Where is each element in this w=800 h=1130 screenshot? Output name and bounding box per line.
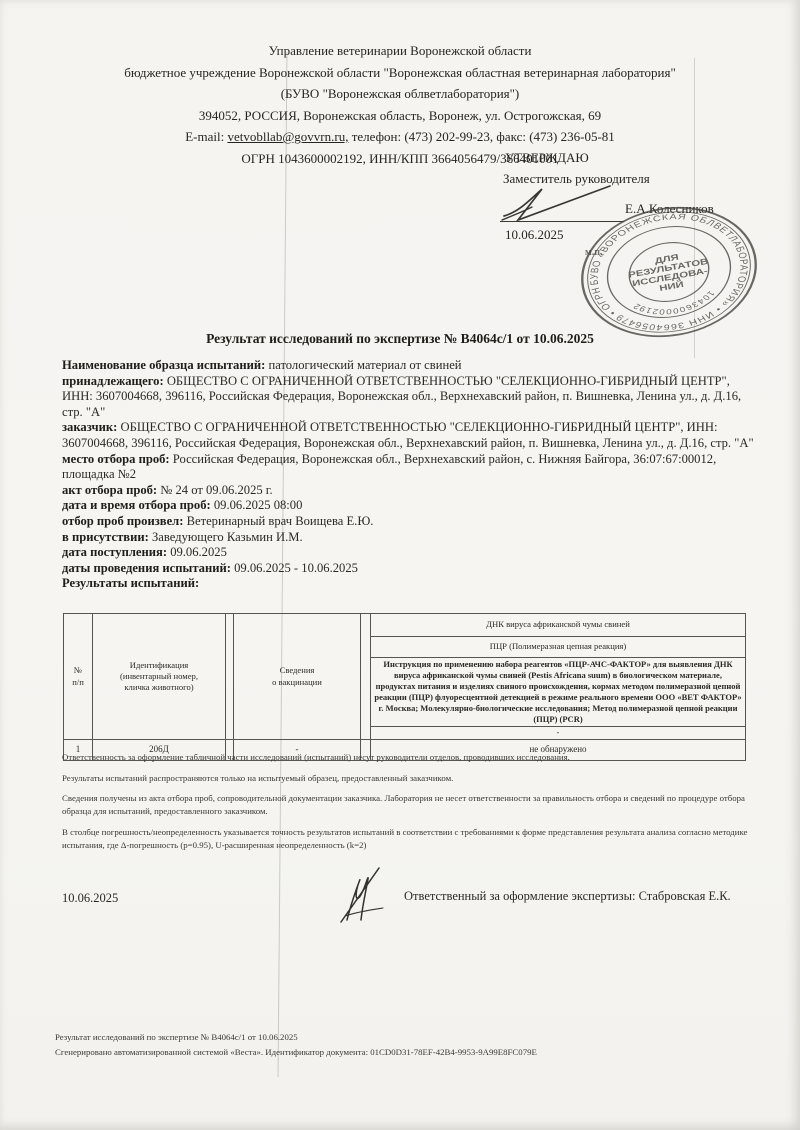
detail-receipt-date: дата поступления: 09.06.2025 <box>62 545 762 561</box>
detail-sampler: отбор проб произвел: Ветеринарный врач В… <box>62 514 762 530</box>
header-vaccination: Сведения о вакцинации <box>234 614 361 740</box>
org-administration: Управление ветеринарии Воронежской облас… <box>50 40 750 62</box>
footer-vesta-id: Сгенерировано автоматизированной системо… <box>55 1047 537 1057</box>
footnote-responsibility: Ответственность за оформление табличной … <box>62 751 754 764</box>
expert-signature <box>333 866 397 924</box>
header-identification: Идентификация (инвентарный номер, кличка… <box>93 614 226 740</box>
email-label: E-mail: <box>185 129 224 144</box>
org-full-name: бюджетное учреждение Воронежской области… <box>50 62 750 84</box>
results-table: № п/п Идентификация (инвентарный номер, … <box>63 613 746 761</box>
signoff-responsible: Ответственный за оформление экспертизы: … <box>404 889 731 904</box>
detail-sampling-datetime: дата и время отбора проб: 09.06.2025 08:… <box>62 498 762 514</box>
phone-fax: телефон: (473) 202-99-23, факс: (473) 23… <box>352 129 615 144</box>
footnote-scope: Результаты испытаний распространяются то… <box>62 772 754 785</box>
header-test-name: ДНК вируса африканской чумы свиней <box>371 614 746 637</box>
approval-date: 10.06.2025 <box>505 227 564 243</box>
results-table-wrap: № п/п Идентификация (инвентарный номер, … <box>63 613 745 761</box>
email-link: vetvobllab@govvrn.ru, <box>227 129 348 144</box>
org-registration-numbers: ОГРН 1043600002192, ИНН/КПП 3664056479/3… <box>50 148 750 170</box>
detail-sample-name: Наименование образца испытаний: патологи… <box>62 358 762 374</box>
sample-details: Наименование образца испытаний: патологи… <box>62 358 762 592</box>
detail-customer: заказчик: ОБЩЕСТВО С ОГРАНИЧЕННОЙ ОТВЕТС… <box>62 420 762 451</box>
letterhead: Управление ветеринарии Воронежской облас… <box>50 40 750 169</box>
header-test-sub: - <box>371 727 746 740</box>
detail-test-dates: даты проведения испытаний: 09.06.2025 - … <box>62 561 762 577</box>
detail-sampling-place: место отбора проб: Российская Федерация,… <box>62 452 762 483</box>
footnote-sampling-info: Сведения получены из акта отбора проб, с… <box>62 792 754 818</box>
approve-heading: УТВЕРЖДАЮ <box>505 150 589 166</box>
detail-sampling-act: акт отбора проб: № 24 от 09.06.2025 г. <box>62 483 762 499</box>
document-title: Результат исследований по экспертизе № В… <box>0 331 800 347</box>
header-test-type: ПЦР (Полимеразная цепная реакция) <box>371 637 746 658</box>
org-address: 394052, РОССИЯ, Воронежская область, Вор… <box>50 105 750 127</box>
scanned-document-page: Управление ветеринарии Воронежской облас… <box>0 0 800 1130</box>
org-short-name: (БУВО "Воронежская облветлаборатория") <box>50 83 750 105</box>
footer-expertise-ref: Результат исследований по экспертизе № В… <box>55 1032 298 1042</box>
detail-witness: в присутствии: Заведующего Казьмин И.М. <box>62 530 762 546</box>
spacer-column <box>226 614 234 740</box>
header-row-number: № п/п <box>64 614 93 740</box>
signoff-date: 10.06.2025 <box>62 891 118 906</box>
header-test-method: Инструкция по применению набора реагенто… <box>371 658 746 727</box>
footnote-uncertainty: В столбце погрешность/неопределенность у… <box>62 826 754 852</box>
org-contacts: E-mail: vetvobllab@govvrn.ru, телефон: (… <box>50 126 750 148</box>
footnotes: Ответственность за оформление табличной … <box>62 751 754 859</box>
spacer-column-2 <box>361 614 371 740</box>
detail-owner: принадлежащего: ОБЩЕСТВО С ОГРАНИЧЕННОЙ … <box>62 374 762 421</box>
results-section-label: Результаты испытаний: <box>62 576 762 592</box>
